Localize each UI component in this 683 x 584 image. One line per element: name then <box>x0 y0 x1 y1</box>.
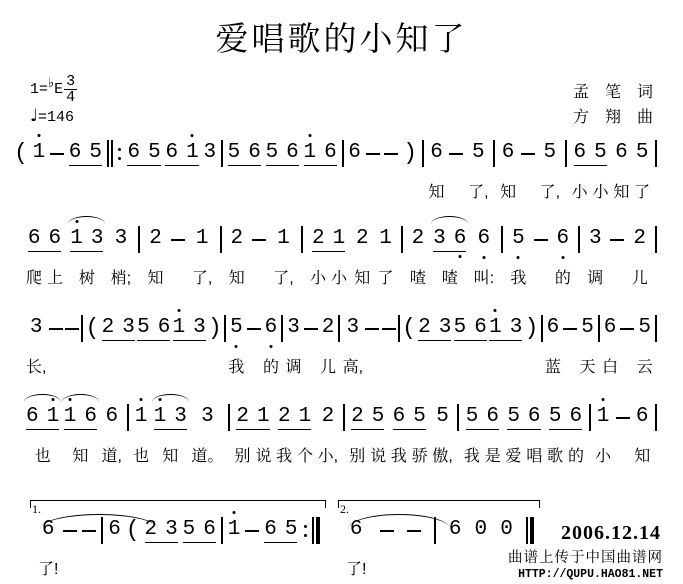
note-digit: 3 <box>201 404 214 430</box>
barline-stroke <box>398 315 400 342</box>
lyric: 蓝 <box>545 354 561 377</box>
barline <box>343 404 345 431</box>
barline <box>598 315 600 342</box>
octave-dot-below <box>482 256 485 259</box>
repeat-end <box>302 517 320 544</box>
barline <box>422 140 424 167</box>
dash-stroke <box>49 328 63 330</box>
note-digits: 13 <box>70 226 103 252</box>
note-digits: 2 <box>322 404 335 430</box>
parenthesis: ( <box>14 140 28 166</box>
barline-stroke <box>541 315 543 342</box>
note-digit: 3 <box>347 315 360 341</box>
lyricist-credit: 孟 笔 词 <box>573 80 653 105</box>
lyric: 知 <box>500 179 516 202</box>
note-digits: 3 <box>287 315 300 341</box>
dash-stroke <box>382 328 396 330</box>
lyric: 知 <box>162 443 178 466</box>
note-token: 13 <box>489 315 522 341</box>
ending-label: 2. <box>340 502 351 517</box>
note-token: 5了, <box>468 140 488 202</box>
note-token: 61 <box>165 140 198 166</box>
note-digit: 6 <box>324 140 337 165</box>
slur-arc <box>62 394 99 402</box>
note-token: 6了! <box>346 517 366 579</box>
lyric: 知 <box>634 443 650 466</box>
note-digit: 6 <box>127 140 140 165</box>
note-digit: 2 <box>322 315 335 341</box>
lyric: 喳 <box>410 265 426 288</box>
dash-stroke <box>610 239 624 241</box>
note-token: 21小小 <box>310 226 347 288</box>
dash-stroke <box>563 328 577 330</box>
octave-dot-above <box>140 398 143 401</box>
note-digit: 2 <box>145 517 158 542</box>
note-token: 6的 <box>263 315 279 377</box>
lyric: 高, <box>343 354 363 377</box>
note-digits: 13 <box>173 315 206 341</box>
lyric: 儿 <box>320 354 336 377</box>
barline-stroke <box>655 315 657 342</box>
note-token: 3调 <box>285 315 301 377</box>
note-digit: 3 <box>193 315 206 340</box>
note-digit: 3 <box>510 315 523 340</box>
slur-arc <box>152 394 189 402</box>
barline <box>434 517 436 579</box>
repeat-dots <box>304 518 307 544</box>
note-digit: 6 <box>203 517 216 542</box>
octave-dot-below <box>269 345 272 348</box>
note-digit: 6 <box>528 404 541 429</box>
bar <box>526 517 528 544</box>
footer: 曲谱上传于中国曲谱网 HTTP://QUPU.HAO81.NET <box>508 546 663 581</box>
dash-stroke <box>380 530 394 532</box>
duration-dash <box>82 517 96 579</box>
note-digits: 6 <box>615 140 628 166</box>
note-digits: 6 <box>105 404 118 430</box>
note-digit: ( <box>14 140 28 166</box>
note-digit: 2 <box>149 226 162 252</box>
note-digits: 61 <box>26 404 59 430</box>
ending-tokens: 6了!6(2356165 <box>30 513 326 579</box>
note-token: 23 <box>145 517 178 579</box>
lyric: 道。 <box>191 443 223 466</box>
note-digit: 5 <box>89 140 102 165</box>
note-token: 23 <box>102 315 135 341</box>
note-token: 2小, <box>318 404 338 466</box>
date: 2006.12.14 <box>561 522 661 545</box>
note-digit: 2 <box>322 404 335 430</box>
lyric: 别说 <box>235 443 277 466</box>
dash-stroke <box>65 328 79 330</box>
lyric: 小 <box>595 443 611 466</box>
note-digits: 1 <box>196 226 209 252</box>
note-token: 65 <box>127 140 160 166</box>
meta-row: 1=♭E34 ♩=146 孟 笔 词 方 翔 曲 <box>30 74 653 128</box>
note-token: 2喳 <box>410 226 426 288</box>
note-token: 0 <box>475 517 488 579</box>
duration-dash <box>65 315 79 330</box>
note-token: 56爱唱 <box>505 404 542 466</box>
note-token: 56 <box>137 315 170 341</box>
ending-label: 1. <box>32 502 43 517</box>
note-digit: 6 <box>348 140 361 166</box>
note-digits: 16 <box>64 404 97 430</box>
note-digits: 6 <box>42 517 55 543</box>
key-prefix: 1= <box>30 81 48 98</box>
parenthesis: ) <box>525 315 539 341</box>
lyric: 也 <box>133 443 149 466</box>
dash-stroke <box>304 328 318 330</box>
footer-url: HTTP://QUPU.HAO81.NET <box>508 568 663 581</box>
note-digit: 1 <box>135 404 148 430</box>
slur-arc <box>68 216 105 224</box>
dash-stroke <box>521 153 535 155</box>
music-system-4: 61也16知6道,1也13知3道。21别说21我个2小,25别说65我骄5傲,5… <box>0 404 683 466</box>
note-digits: 2 <box>412 226 425 252</box>
barline <box>655 140 657 167</box>
octave-dot-above <box>177 309 180 312</box>
barline-stroke <box>457 404 459 431</box>
note-digit: 6 <box>265 315 278 341</box>
note-digits: 56 <box>454 315 487 341</box>
note-digits: 2 <box>356 226 369 252</box>
note-digits: 56 <box>549 404 582 430</box>
note-digit: 6 <box>557 226 570 252</box>
note-token: 2知 <box>148 226 164 288</box>
note-digits: 3 <box>115 226 128 252</box>
note-digits: 3 <box>201 404 214 430</box>
barline-stroke <box>493 140 495 167</box>
note-digit: 6 <box>474 315 487 340</box>
barline <box>281 315 283 342</box>
composer-credit: 方 翔 曲 <box>573 105 653 130</box>
barline-stroke <box>501 226 503 253</box>
note-digit: 5 <box>638 315 651 341</box>
tempo-marking: ♩=146 <box>30 108 77 126</box>
duration-dash <box>563 315 577 330</box>
lyric: 儿 <box>632 265 648 288</box>
note-digit: 1 <box>154 404 167 429</box>
note-token: 5天 <box>580 315 596 377</box>
note-token: 6 <box>449 517 462 579</box>
note-token: 56我是 <box>464 404 501 466</box>
barline-stroke <box>301 226 303 253</box>
note-digit: 3 <box>433 226 446 251</box>
music-system-1: (165656135656166)6知5了,6知5了,65小小6知5了 <box>0 140 683 202</box>
duration-dash <box>521 140 535 155</box>
note-digit: 6 <box>502 140 515 166</box>
duration-dash <box>49 315 63 330</box>
duration-dash <box>50 140 64 155</box>
note-token: 6 <box>108 517 121 579</box>
dash-stroke <box>252 239 266 241</box>
note-digit: 3 <box>589 226 602 252</box>
lyric: 树 <box>79 265 95 288</box>
note-digit: 3 <box>115 226 128 252</box>
note-digits: 66 <box>28 226 61 252</box>
note-digits: 6 <box>477 226 490 252</box>
key-letter: E <box>54 81 63 98</box>
note-token: 65小小 <box>572 140 609 202</box>
note-digits: 2 <box>149 226 162 252</box>
note-digit: 6 <box>350 517 363 543</box>
note-digits: 1 <box>379 226 392 252</box>
note-token: 1 <box>228 517 241 579</box>
lyric: 爱唱 <box>505 443 547 466</box>
duration-dash <box>620 315 634 330</box>
note-digit: 5 <box>436 404 449 430</box>
note-digit: 6 <box>28 226 41 251</box>
note-digits: 56 <box>228 140 261 166</box>
meter-numerator: 3 <box>64 74 77 90</box>
note-digit: 1 <box>304 140 317 165</box>
lyric: 长, <box>26 354 46 377</box>
note-digits: 65 <box>393 404 426 430</box>
barline <box>81 315 83 342</box>
note-digit: 5 <box>228 140 241 165</box>
dash-stroke <box>616 417 630 419</box>
note-token: 5我 <box>510 226 526 288</box>
barline <box>493 140 495 167</box>
note-token: 5傲, <box>432 404 452 466</box>
note-digits: 5 <box>544 140 557 166</box>
note-token: 16 <box>304 140 337 166</box>
barline-stroke <box>101 517 103 544</box>
barline-stroke <box>589 404 591 431</box>
dash-stroke <box>82 530 96 532</box>
lyric: 别说 <box>349 443 391 466</box>
dash-stroke <box>63 530 77 532</box>
note-digits: 13 <box>489 315 522 341</box>
duration-dash <box>382 315 396 330</box>
time-signature: 34 <box>64 74 77 105</box>
lyric: 我 <box>510 265 526 288</box>
note-digit: 2 <box>351 404 364 429</box>
note-digit: 1 <box>173 315 186 340</box>
dash-stroke <box>247 328 261 330</box>
note-digits: 23 <box>145 517 178 543</box>
parenthesis: ( <box>402 315 416 341</box>
note-digit: 1 <box>489 315 502 340</box>
note-token: 21别说 <box>235 404 272 466</box>
note-digit: 3 <box>30 315 43 341</box>
note-digit: 2 <box>236 404 249 429</box>
note-digit: 6 <box>165 140 178 165</box>
note-digits: 5 <box>512 226 525 252</box>
duration-dash <box>384 140 398 155</box>
note-token: 6的 <box>555 226 571 288</box>
barline-stroke <box>281 315 283 342</box>
lyric: 云 <box>637 354 653 377</box>
duration-dash <box>365 315 379 330</box>
note-digits: 6 <box>348 140 361 166</box>
note-token: 65 <box>69 140 102 166</box>
note-digit: 6 <box>430 140 443 166</box>
barline-stroke <box>338 315 340 342</box>
note-token: 3长, <box>26 315 46 377</box>
note-digit: ) <box>525 315 539 341</box>
note-digit: 1 <box>47 404 60 429</box>
note-digit: 6 <box>42 517 55 543</box>
lyric: 知 <box>429 179 445 202</box>
note-digit: 6 <box>449 517 462 543</box>
barline <box>342 140 344 167</box>
duration-dash <box>245 517 259 579</box>
note-digits: 5 <box>581 315 594 341</box>
lyric: 天 <box>580 354 596 377</box>
note-digits: 6 <box>636 404 649 430</box>
barline-stroke <box>138 226 140 253</box>
note-digits: 21 <box>312 226 345 252</box>
lyric: 知 <box>613 179 629 202</box>
note-digits: ( <box>402 315 416 341</box>
lyric: 了, <box>468 179 488 202</box>
note-digit: 5 <box>594 140 607 165</box>
lyric: 也 <box>35 443 51 466</box>
note-digits: 23 <box>418 315 451 341</box>
note-token: 3调 <box>587 226 603 288</box>
note-digits: 13 <box>154 404 187 430</box>
note-digit: ( <box>402 315 416 341</box>
lyric: 梢; <box>111 265 131 288</box>
note-digit: 3 <box>287 315 300 341</box>
note-digit: 5 <box>266 140 279 165</box>
note-token: 21我个 <box>276 404 313 466</box>
barline <box>221 517 223 579</box>
barline <box>301 226 303 253</box>
note-digits: 2 <box>322 315 335 341</box>
music-system-3: 3长,(235613)5我6的3调2儿3高,(235613)6蓝5天6白5云 <box>0 315 683 377</box>
note-digits: 3 <box>347 315 360 341</box>
note-digits: 5 <box>436 404 449 430</box>
lyric: 了! <box>38 556 58 579</box>
barline-stroke <box>401 226 403 253</box>
note-digit: 1 <box>196 226 209 252</box>
note-digits: 6 <box>108 517 121 543</box>
note-token: 13树 <box>70 226 103 288</box>
note-token: 2知 <box>354 226 370 288</box>
note-digits: 5 <box>636 140 649 166</box>
note-token: 5我 <box>228 315 244 377</box>
note-digit: 1 <box>277 226 290 252</box>
note-token: 6知 <box>613 140 629 202</box>
duration-dash <box>534 226 548 241</box>
barline <box>655 226 657 253</box>
barline-stroke <box>228 404 230 431</box>
note-digit: 3 <box>439 315 452 340</box>
bar <box>111 140 113 167</box>
lyric: 小小 <box>572 179 614 202</box>
dash-stroke <box>50 153 64 155</box>
note-digit: 1 <box>379 226 392 252</box>
barline <box>501 226 503 253</box>
barline <box>541 315 543 342</box>
note-digits: 56 <box>137 315 170 341</box>
note-digits: 25 <box>351 404 384 430</box>
note-digits: 1 <box>228 517 241 543</box>
duration-dash <box>610 226 624 241</box>
lyric: 小, <box>318 443 338 466</box>
parenthesis: ( <box>86 315 100 341</box>
lyric: 喳 <box>442 265 458 288</box>
note-token: 1也 <box>133 404 149 466</box>
duration-dash <box>171 226 185 241</box>
barline <box>224 315 226 342</box>
note-token: 5了 <box>634 140 650 202</box>
note-digit: ( <box>86 315 100 341</box>
note-token: 1了, <box>273 226 293 288</box>
note-digits: 56 <box>183 517 216 543</box>
volta-ending-1: 1.6了!6(2356165 <box>30 500 326 579</box>
note-token: 6白 <box>602 315 618 377</box>
barline <box>127 404 129 431</box>
note-token: 6知 <box>429 140 445 202</box>
music-system-2: 66爬上13树3梢;2知1了,2知1了,21小小2知1了2喳36喳6叫:5我6的… <box>0 226 683 288</box>
note-token: 2儿 <box>632 226 648 288</box>
note-digit: 5 <box>285 517 298 542</box>
note-digit: 6 <box>569 404 582 429</box>
note-digit: 0 <box>475 517 488 543</box>
key-signature: 1=♭E34 <box>30 74 77 105</box>
note-digit: 5 <box>230 315 243 341</box>
note-token: 6知 <box>500 140 516 202</box>
note-digit: 1 <box>70 226 83 251</box>
note-digits: 1 <box>135 404 148 430</box>
octave-dot-below <box>459 255 462 258</box>
note-token: 56 <box>266 140 299 166</box>
score: (165656135656166)6知5了,6知5了,65小小6知5了66爬上1… <box>0 140 683 579</box>
note-digit: 1 <box>333 226 346 251</box>
meter-denominator: 4 <box>66 90 75 105</box>
note-digits: 6 <box>449 517 462 543</box>
note-digits: 0 <box>500 517 513 543</box>
note-digits: 3 <box>30 315 43 341</box>
note-digit: 2 <box>312 226 325 251</box>
note-digit: 6 <box>248 140 261 165</box>
octave-dot-above <box>308 134 311 137</box>
note-token: 56歌的 <box>547 404 584 466</box>
bar <box>312 517 314 544</box>
note-digits: ) <box>525 315 539 341</box>
note-token: 5了, <box>540 140 560 202</box>
note-digits: 56 <box>266 140 299 166</box>
note-digit: 6 <box>393 404 406 429</box>
duration-dash <box>366 140 380 155</box>
barline-stroke <box>422 140 424 167</box>
barline-stroke <box>598 315 600 342</box>
note-digits: 2 <box>230 226 243 252</box>
note-digit: 1 <box>33 140 46 166</box>
note-digits: 6 <box>430 140 443 166</box>
note-digits: 6 <box>502 140 515 166</box>
note-digit: 1 <box>228 517 241 543</box>
bar <box>316 517 320 544</box>
dash-stroke <box>620 328 634 330</box>
dash-stroke <box>407 530 421 532</box>
note-digit: 6 <box>286 140 299 165</box>
barline-stroke <box>221 517 223 544</box>
dash-stroke <box>449 153 463 155</box>
note-digit: 3 <box>122 315 135 340</box>
note-digits: 5 <box>638 315 651 341</box>
repeat-begin-sign <box>107 140 123 167</box>
note-digit: 2 <box>418 315 431 340</box>
parenthesis: ) <box>403 140 417 166</box>
note-token: 2知 <box>229 226 245 288</box>
lyric: 了! <box>346 556 366 579</box>
note-token: 61也 <box>26 404 59 466</box>
